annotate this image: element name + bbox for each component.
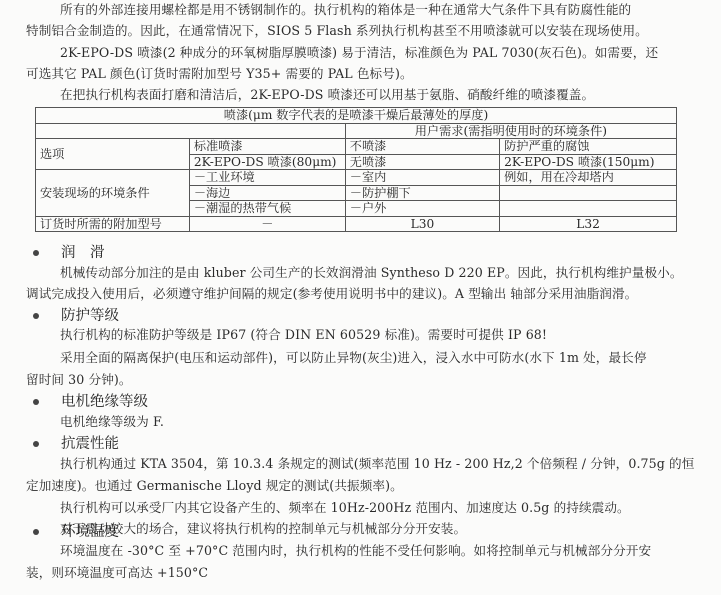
- body-line: 执行机构通过 KTA 3504，第 10.3.4 条规定的测试(频率范围 10 …: [60, 456, 694, 472]
- body-line: 调试完成投入使用后，必须遵守维护间隔的规定(参考使用说明书中的建议)。A 型输出…: [26, 286, 637, 302]
- table-title: 喷漆(μm 数字代表的是喷漆干燥后最薄处的厚度): [36, 108, 677, 124]
- cell: 不喷漆: [345, 139, 499, 155]
- table-row: 用户需求(需指明使用时的环境条件): [36, 123, 677, 139]
- bullet-icon: [33, 441, 39, 447]
- body-line: 定加速度)。也通过 Germanische Lloyd 规定的测试(共振频率)。: [26, 478, 403, 494]
- intro-line: 特制铝合金制造的。因此，在通常情况下，SIOS 5 Flash 系列执行机构甚至…: [26, 23, 648, 39]
- table-row: 安装现场的环境条件 －工业环境 －室内 例如，用在冷却塔内: [36, 170, 677, 186]
- cell: 2K-EPO-DS 喷漆(150μm): [500, 154, 677, 170]
- row-label-order-code: 订货时所需的附加型号: [36, 216, 190, 232]
- cell: －户外: [345, 201, 499, 217]
- cell: 防护严重的腐蚀: [500, 139, 677, 155]
- body-line: 留时间 30 分钟)。: [26, 372, 132, 388]
- body-line: 环境温度在 -30°C 至 +70°C 范围内时，执行机构的性能不受任何影响。如…: [60, 543, 651, 559]
- row-label-option: 选项: [36, 139, 190, 170]
- table-row: 喷漆(μm 数字代表的是喷漆干燥后最薄处的厚度): [36, 108, 677, 124]
- table-row: 选项 标准喷漆 不喷漆 防护严重的腐蚀: [36, 139, 677, 155]
- cell: －: [189, 216, 345, 232]
- cell: 2K-EPO-DS 喷漆(80μm): [189, 154, 345, 170]
- cell: －工业环境: [189, 170, 345, 186]
- cell: 无喷漆: [345, 154, 499, 170]
- cell: L32: [500, 216, 677, 232]
- body-line: 执行机构的标准防护等级是 IP67 (符合 DIN EN 60529 标准)。需…: [60, 327, 547, 343]
- paint-options-table: 喷漆(μm 数字代表的是喷漆干燥后最薄处的厚度) 用户需求(需指明使用时的环境条…: [35, 107, 677, 232]
- body-line: 电机绝缘等级为 F.: [60, 414, 164, 430]
- cell: L30: [345, 216, 499, 232]
- cell: 标准喷漆: [189, 139, 345, 155]
- row-label-environment: 安装现场的环境条件: [36, 170, 190, 217]
- body-line: 采用全面的隔离保护(电压和运动部件)，可以防止异物(灰尘)进入，浸入水中可防水(…: [60, 350, 647, 366]
- cell: －室内: [345, 170, 499, 186]
- cell: －防护棚下: [345, 185, 499, 201]
- body-line: 机械传动部分加注的是由 kluber 公司生产的长效润滑油 Syntheso D…: [60, 265, 683, 281]
- intro-line: 所有的外部连接用螺栓都是用不锈钢制作的。执行机构的箱体是一种在通常大气条件下具有…: [60, 2, 631, 18]
- cell: [500, 201, 677, 217]
- cell: －潮湿的热带气候: [189, 201, 345, 217]
- cell: －海边: [189, 185, 345, 201]
- body-line: 对于震动较大的场合，建议将执行机构的控制单元与机械部分分开安装。: [60, 521, 466, 537]
- user-requirement-header: 用户需求(需指明使用时的环境条件): [345, 123, 676, 139]
- bullet-icon: [33, 313, 39, 319]
- bullet-icon: [33, 250, 39, 256]
- intro-line: 2K-EPO-DS 喷漆(2 种成分的环氧树脂厚膜喷漆) 易于清洁，标准颜色为 …: [60, 45, 658, 61]
- bullet-icon: [33, 399, 39, 405]
- cell: [500, 185, 677, 201]
- body-line: 装，则环境温度可高达 +150°C: [26, 565, 208, 581]
- body-line: 执行机构可以承受厂内其它设备产生的、频率在 10Hz-200Hz 范围内、加速度…: [60, 500, 630, 516]
- table-row: 订货时所需的附加型号 － L30 L32: [36, 216, 677, 232]
- intro-line: 可选其它 PAL 颜色(订货时需附加型号 Y35+ 需要的 PAL 色标号)。: [26, 66, 413, 82]
- intro-line: 在把执行机构表面打磨和清洁后，2K-EPO-DS 喷漆还可以用基于氨脂、硝酸纤维…: [60, 87, 594, 103]
- cell: 例如，用在冷却塔内: [500, 170, 677, 186]
- bullet-icon: [33, 529, 39, 535]
